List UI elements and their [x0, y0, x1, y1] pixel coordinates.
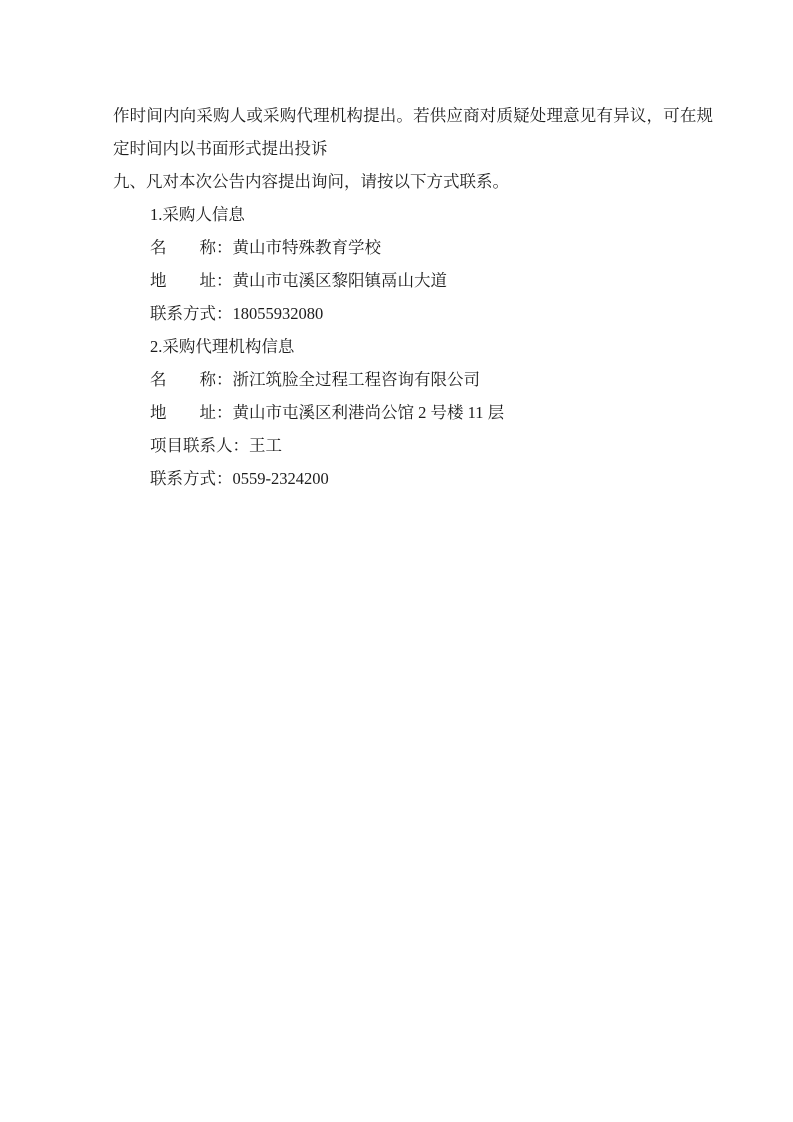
agency-contact-person-row: 项目联系人：王工	[113, 429, 713, 462]
paragraph-line-2: 定时间内以书面形式提出投诉	[113, 132, 713, 165]
purchaser-address-value: 黄山市屯溪区黎阳镇鬲山大道	[233, 271, 448, 290]
agency-name-row: 名 称：浙江筑脸全过程工程咨询有限公司	[113, 363, 713, 396]
purchaser-phone-row: 联系方式：18055932080	[113, 297, 713, 330]
paragraph-line-1: 作时间内向采购人或采购代理机构提出。若供应商对质疑处理意见有异议，可在规	[113, 99, 713, 132]
purchaser-address-row: 地 址：黄山市屯溪区黎阳镇鬲山大道	[113, 264, 713, 297]
agency-address-value: 黄山市屯溪区利港尚公馆 2 号楼 11 层	[233, 403, 505, 422]
announcement-body: 作时间内向采购人或采购代理机构提出。若供应商对质疑处理意见有异议，可在规 定时间…	[113, 99, 713, 495]
agency-contact-person-value: 王工	[249, 436, 282, 455]
agency-name-label: 名 称：	[150, 370, 233, 389]
section-9-heading: 九、凡对本次公告内容提出询问，请按以下方式联系。	[113, 165, 713, 198]
purchaser-info-heading: 1.采购人信息	[113, 198, 713, 231]
purchaser-address-label: 地 址：	[150, 271, 233, 290]
agency-address-row: 地 址：黄山市屯溪区利港尚公馆 2 号楼 11 层	[113, 396, 713, 429]
purchaser-name-row: 名 称：黄山市特殊教育学校	[113, 231, 713, 264]
purchaser-phone-value: 18055932080	[233, 304, 324, 323]
agency-phone-label: 联系方式：	[150, 469, 233, 488]
agency-phone-row: 联系方式：0559-2324200	[113, 462, 713, 495]
document-page: 作时间内向采购人或采购代理机构提出。若供应商对质疑处理意见有异议，可在规 定时间…	[0, 0, 793, 1122]
agency-phone-value: 0559-2324200	[233, 469, 329, 488]
agency-name-value: 浙江筑脸全过程工程咨询有限公司	[233, 370, 481, 389]
agency-info-heading: 2.采购代理机构信息	[113, 330, 713, 363]
agency-address-label: 地 址：	[150, 403, 233, 422]
agency-contact-person-label: 项目联系人：	[150, 436, 249, 455]
purchaser-name-label: 名 称：	[150, 238, 233, 257]
purchaser-name-value: 黄山市特殊教育学校	[233, 238, 382, 257]
purchaser-phone-label: 联系方式：	[150, 304, 233, 323]
